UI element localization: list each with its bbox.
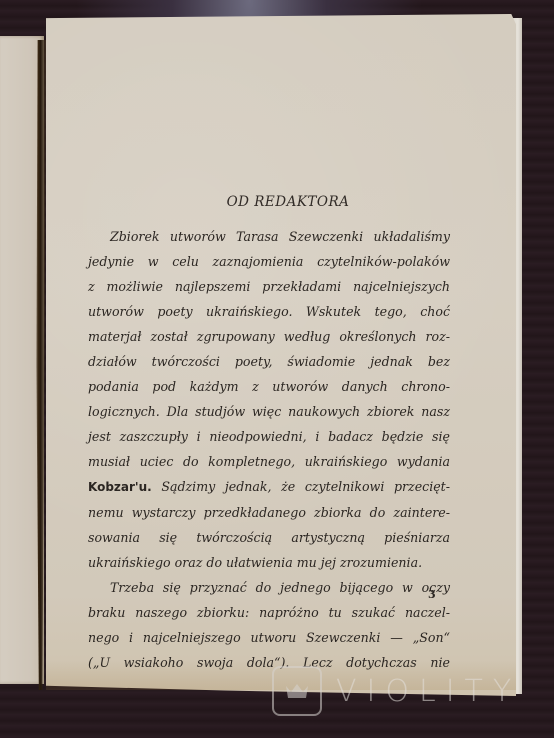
- text-line: materjał został zgrupowany według określ…: [88, 324, 450, 349]
- text-line: podania pod każdym z utworów danych chro…: [88, 374, 450, 399]
- watermark: VIOLITY: [272, 666, 521, 716]
- watermark-text: VIOLITY: [336, 674, 521, 709]
- text-line: musiał uciec do kompletnego, ukraińskieg…: [88, 449, 450, 474]
- bold-title-kobzar: Kobzar'u.: [88, 480, 152, 494]
- text-line: nemu wystarczy przedkładanego zbiorka do…: [88, 500, 450, 525]
- text-line: jest zaszczupły i nieodpowiedni, i badac…: [88, 424, 450, 449]
- text-line: działów twórczości poety, świadomie jedn…: [88, 349, 450, 374]
- text-line: nego i najcelniejszego utworu Szewczenki…: [88, 625, 450, 650]
- text-line-with-title: Kobzar'u. Sądzimy jednak, że czytelnikow…: [88, 474, 450, 500]
- text-line: Zbiorek utworów Tarasa Szewczenki układa…: [88, 224, 450, 249]
- text-line: ukraińskiego oraz do ułatwienia mu jej z…: [88, 550, 450, 575]
- text-fragment: Sądzimy jednak, że czytelnikowi przecięt…: [161, 479, 450, 494]
- paragraph-2: Trzeba się przyznać do jednego bijącego …: [88, 575, 450, 675]
- text-line: braku naszego zbiorku: napróżno tu szuka…: [88, 600, 450, 625]
- page-text: OD REDAKTORA Zbiorek utworów Tarasa Szew…: [88, 200, 450, 675]
- page-number: 3: [428, 588, 436, 601]
- text-line: Trzeba się przyznać do jednego bijącego …: [88, 575, 450, 600]
- text-line: z możliwie najlepszemi przekładami najce…: [88, 274, 450, 299]
- text-line: sowania się twórczością artystyczną pieś…: [88, 525, 450, 550]
- text-line: utworów poety ukraińskiego. Wskutek tego…: [88, 299, 450, 324]
- paragraph-1: Zbiorek utworów Tarasa Szewczenki układa…: [88, 224, 450, 575]
- crown-icon: [272, 666, 322, 716]
- text-line: jedynie w celu zaznajomienia czytelników…: [88, 249, 450, 274]
- text-line: logicznych. Dla studjów więc naukowych z…: [88, 399, 450, 424]
- page-heading: OD REDAKTORA: [126, 194, 450, 210]
